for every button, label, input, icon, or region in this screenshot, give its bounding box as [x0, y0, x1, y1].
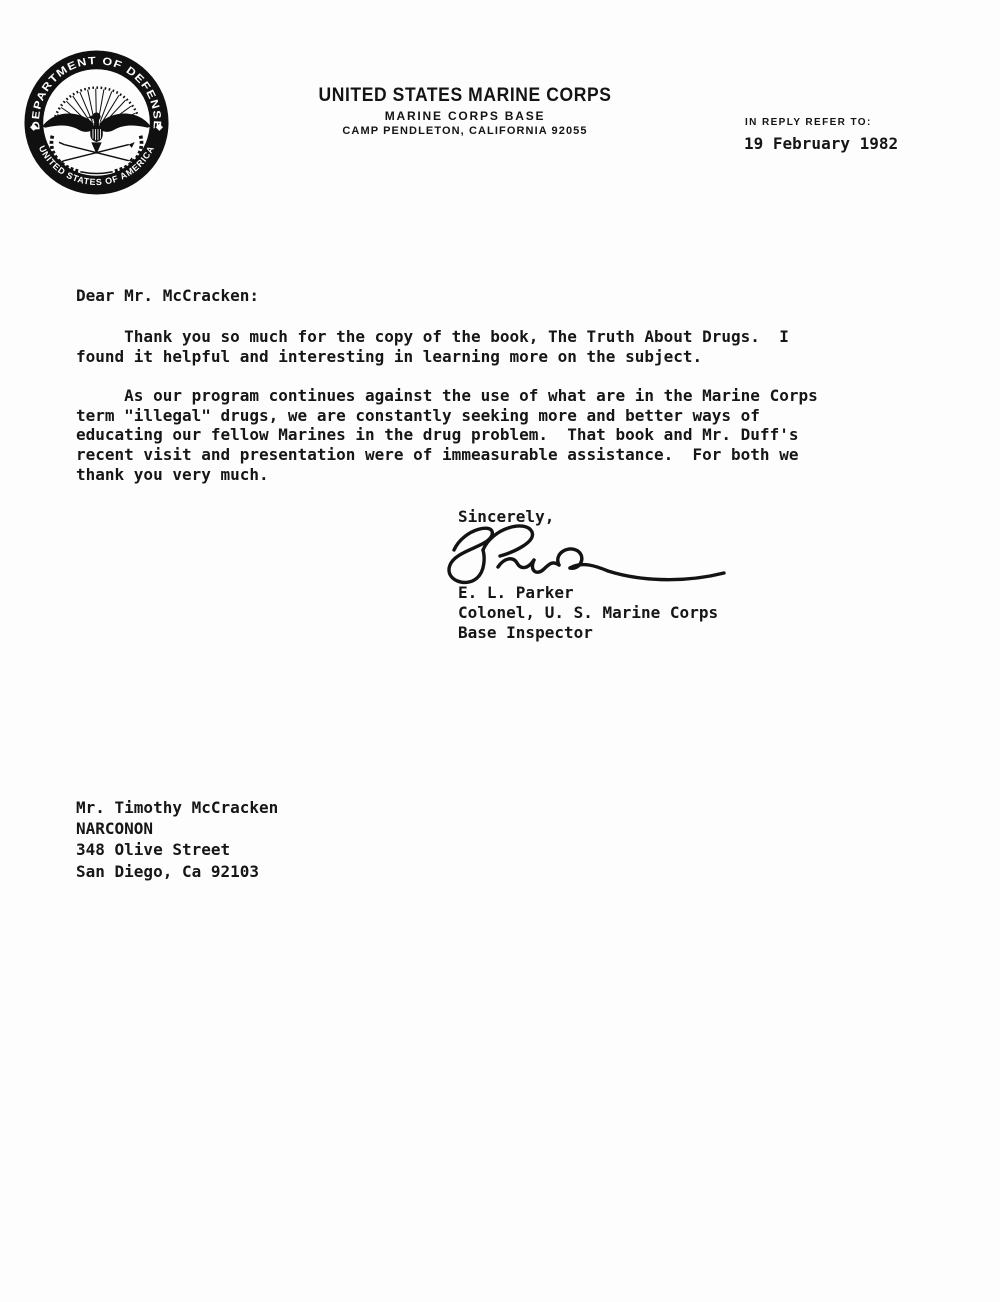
text-line: E. L. Parker	[458, 583, 718, 603]
text-line: Colonel, U. S. Marine Corps	[458, 603, 718, 623]
text-line: NARCONON	[76, 818, 278, 839]
scanned-letter-page: DEPARTMENT OF DEFENSE UNITED STATES OF A…	[0, 0, 1000, 1302]
text-line: San Diego, Ca 92103	[76, 861, 278, 882]
text-line: Mr. Timothy McCracken	[76, 797, 278, 818]
text-line: 348 Olive Street	[76, 839, 278, 860]
text-line: Thank you so much for the copy of the bo…	[76, 327, 789, 347]
salutation: Dear Mr. McCracken:	[76, 286, 259, 306]
reply-refer-label: IN REPLY REFER TO:	[745, 117, 872, 128]
department-of-defense-seal: DEPARTMENT OF DEFENSE UNITED STATES OF A…	[23, 49, 170, 196]
recipient-address: Mr. Timothy McCrackenNARCONON348 Olive S…	[76, 797, 278, 882]
paragraph-1: Thank you so much for the copy of the bo…	[76, 327, 789, 366]
letterhead: UNITED STATES MARINE CORPS MARINE CORPS …	[300, 83, 630, 137]
text-line: Base Inspector	[458, 623, 718, 643]
text-line: found it helpful and interesting in lear…	[76, 347, 789, 367]
text-line: recent visit and presentation were of im…	[76, 445, 818, 465]
text-line: term "illegal" drugs, we are constantly …	[76, 406, 818, 426]
text-line: educating our fellow Marines in the drug…	[76, 425, 818, 445]
org-name: UNITED STATES MARINE CORPS	[300, 83, 630, 107]
signature-block: E. L. ParkerColonel, U. S. Marine CorpsB…	[458, 583, 718, 643]
text-line: As our program continues against the use…	[76, 386, 818, 406]
base-name: MARINE CORPS BASE	[300, 109, 630, 123]
paragraph-2: As our program continues against the use…	[76, 386, 818, 485]
letter-date: 19 February 1982	[744, 134, 898, 154]
text-line: thank you very much.	[76, 465, 818, 485]
base-address: CAMP PENDLETON, CALIFORNIA 92055	[300, 125, 630, 137]
